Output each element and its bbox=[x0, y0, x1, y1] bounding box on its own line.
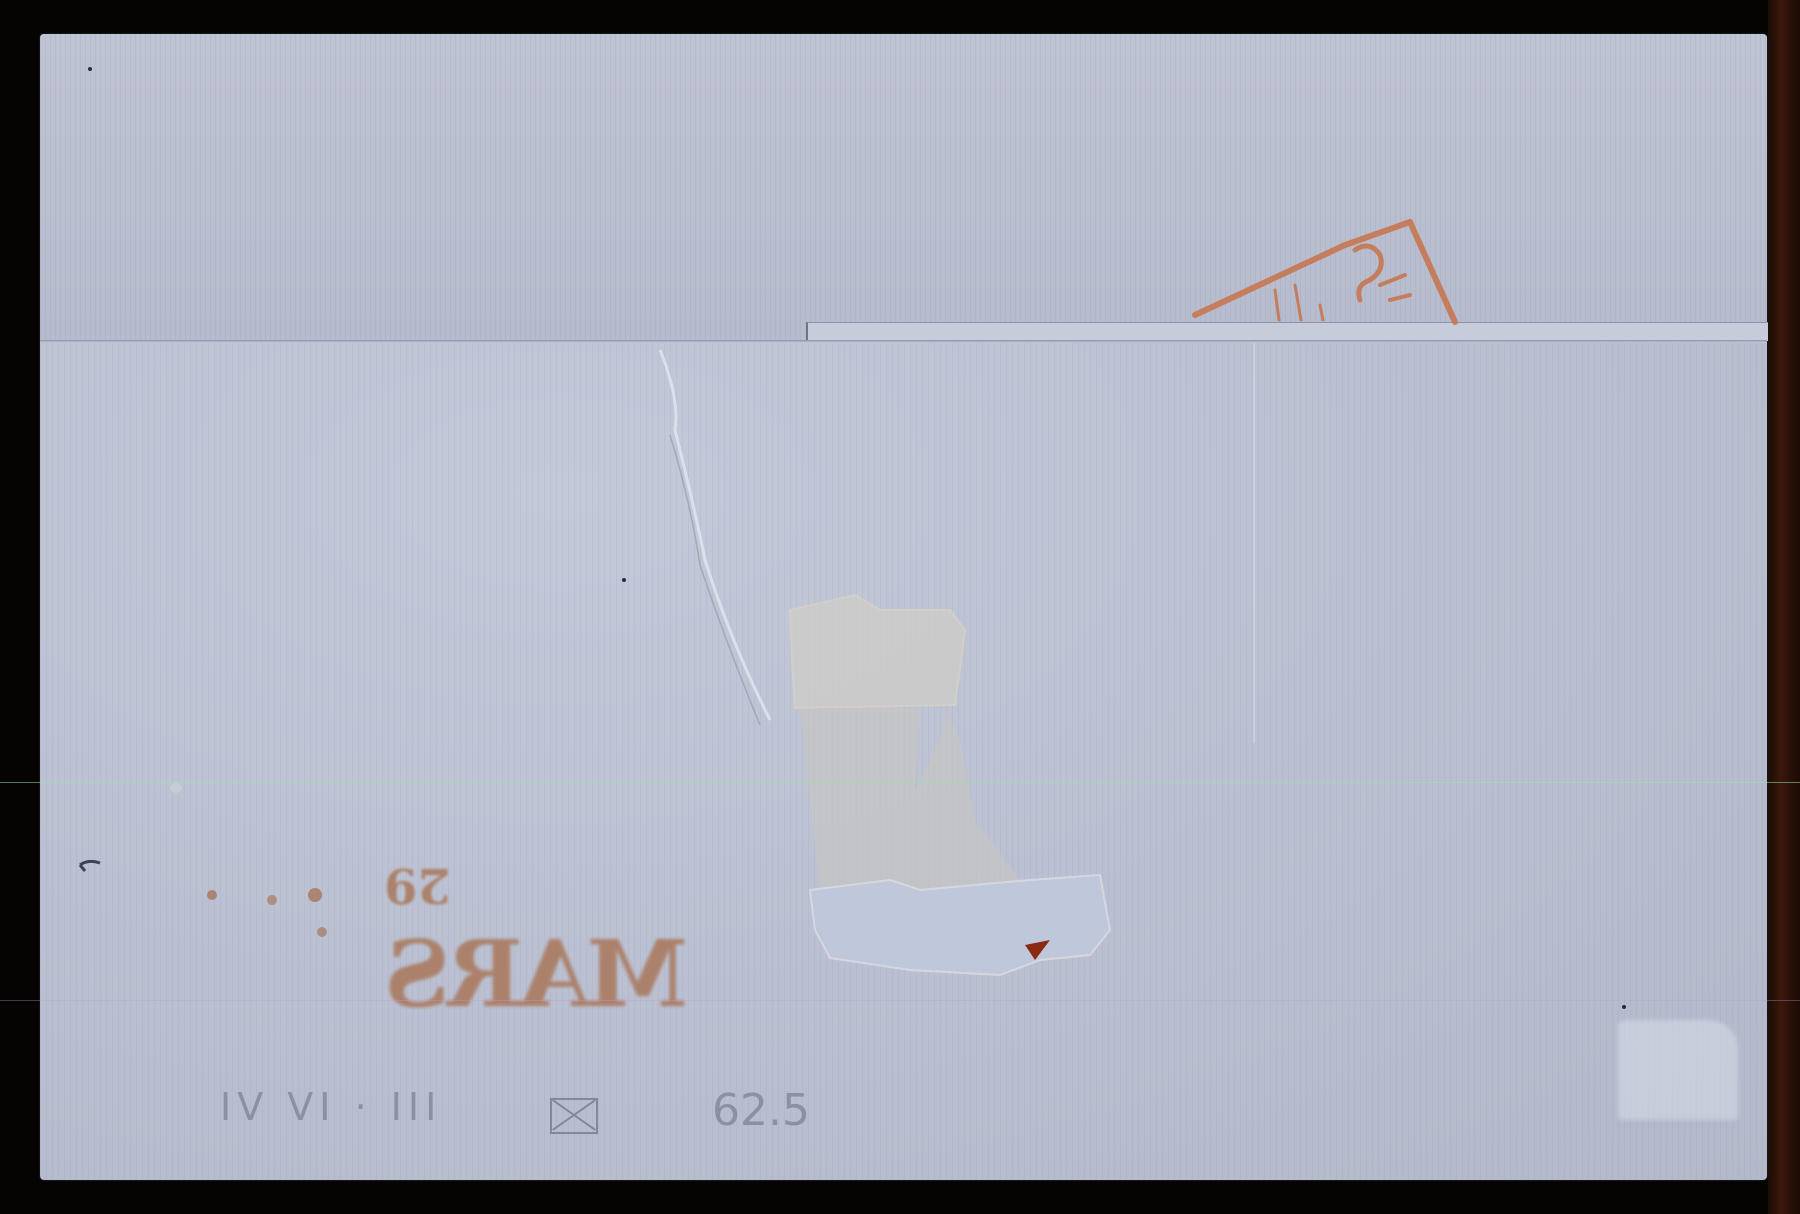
light-paper-patch bbox=[1618, 1020, 1738, 1120]
brown-offset-date-stamp: 29 MARS bbox=[378, 865, 718, 1025]
offset-stamp-month: MARS bbox=[388, 920, 688, 1028]
red-transit-stamp bbox=[1185, 210, 1460, 325]
ink-dot bbox=[1622, 1005, 1626, 1009]
pencil-price-note: 62.5 bbox=[712, 1085, 810, 1136]
fold-line bbox=[40, 340, 1767, 343]
ink-dot bbox=[622, 578, 626, 582]
ink-dot bbox=[88, 67, 92, 71]
dark-scan-border bbox=[1768, 0, 1800, 1214]
vertical-crease bbox=[1253, 343, 1255, 743]
scan-artifact-line bbox=[0, 1000, 1800, 1001]
pencil-roman-numerals: IV VI · III bbox=[220, 1085, 442, 1129]
pencil-crossed-box bbox=[550, 1098, 598, 1134]
paper-blemish bbox=[170, 783, 182, 793]
brown-specks bbox=[60, 840, 380, 960]
torn-seal-remnant bbox=[760, 590, 1120, 980]
scan-artifact-line bbox=[0, 782, 1800, 783]
top-flap bbox=[40, 34, 1767, 340]
offset-stamp-day: 29 bbox=[384, 857, 451, 913]
